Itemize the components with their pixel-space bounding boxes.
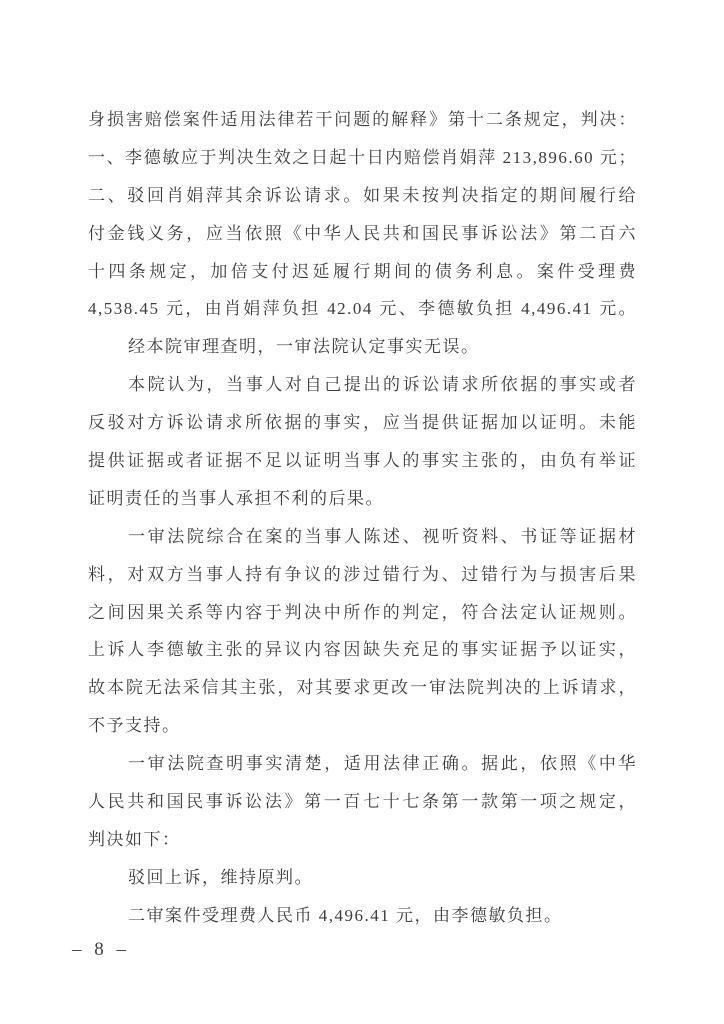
document-line: 故本院无法采信其主张，对其要求更改一审法院判决的上诉请求， xyxy=(88,669,637,707)
document-line: 料，对双方当事人持有争议的涉过错行为、过错行为与损害后果 xyxy=(88,556,637,594)
page-number: – 8 – xyxy=(72,938,130,962)
document-page: 身损害赔偿案件适用法律若干问题的解释》第十二条规定，判决：一、李德敏应于判决生效… xyxy=(0,0,724,1024)
document-line: 驳回上诉，维持原判。 xyxy=(88,859,637,897)
document-line: 本院认为，当事人对自己提出的诉讼请求所依据的事实或者 xyxy=(88,366,637,404)
document-line: 证明责任的当事人承担不利的后果。 xyxy=(88,480,637,518)
document-line: 人民共和国民事诉讼法》第一百七十七条第一款第一项之规定， xyxy=(88,783,637,821)
document-line: 不予支持。 xyxy=(88,707,637,745)
document-text: 身损害赔偿案件适用法律若干问题的解释》第十二条规定，判决：一、李德敏应于判决生效… xyxy=(88,101,637,935)
document-line: 一审法院综合在案的当事人陈述、视听资料、书证等证据材 xyxy=(88,518,637,556)
document-line: 之间因果关系等内容于判决中所作的判定，符合法定认证规则。 xyxy=(88,594,637,632)
document-line: 提供证据或者证据不足以证明当事人的事实主张的，由负有举证 xyxy=(88,442,637,480)
document-line: 经本院审理查明，一审法院认定事实无误。 xyxy=(88,328,637,366)
document-line: 一审法院查明事实清楚，适用法律正确。据此，依照《中华 xyxy=(88,745,637,783)
document-line: 判决如下： xyxy=(88,821,637,859)
document-line: 上诉人李德敏主张的异议内容因缺失充足的事实证据予以证实， xyxy=(88,631,637,669)
document-line: 十四条规定，加倍支付迟延履行期间的债务利息。案件受理费 xyxy=(88,253,637,291)
document-line: 二审案件受理费人民币 4,496.41 元，由李德敏负担。 xyxy=(88,897,637,935)
document-line: 一、李德敏应于判决生效之日起十日内赔偿肖娟萍 213,896.60 元； xyxy=(88,139,637,177)
document-line: 4,538.45 元，由肖娟萍负担 42.04 元、李德敏负担 4,496.41… xyxy=(88,290,637,328)
document-line: 反驳对方诉讼请求所依据的事实，应当提供证据加以证明。未能 xyxy=(88,404,637,442)
document-line: 身损害赔偿案件适用法律若干问题的解释》第十二条规定，判决： xyxy=(88,101,637,139)
document-line: 付金钱义务，应当依照《中华人民共和国民事诉讼法》第二百六 xyxy=(88,215,637,253)
document-line: 二、驳回肖娟萍其余诉讼请求。如果未按判决指定的期间履行给 xyxy=(88,177,637,215)
